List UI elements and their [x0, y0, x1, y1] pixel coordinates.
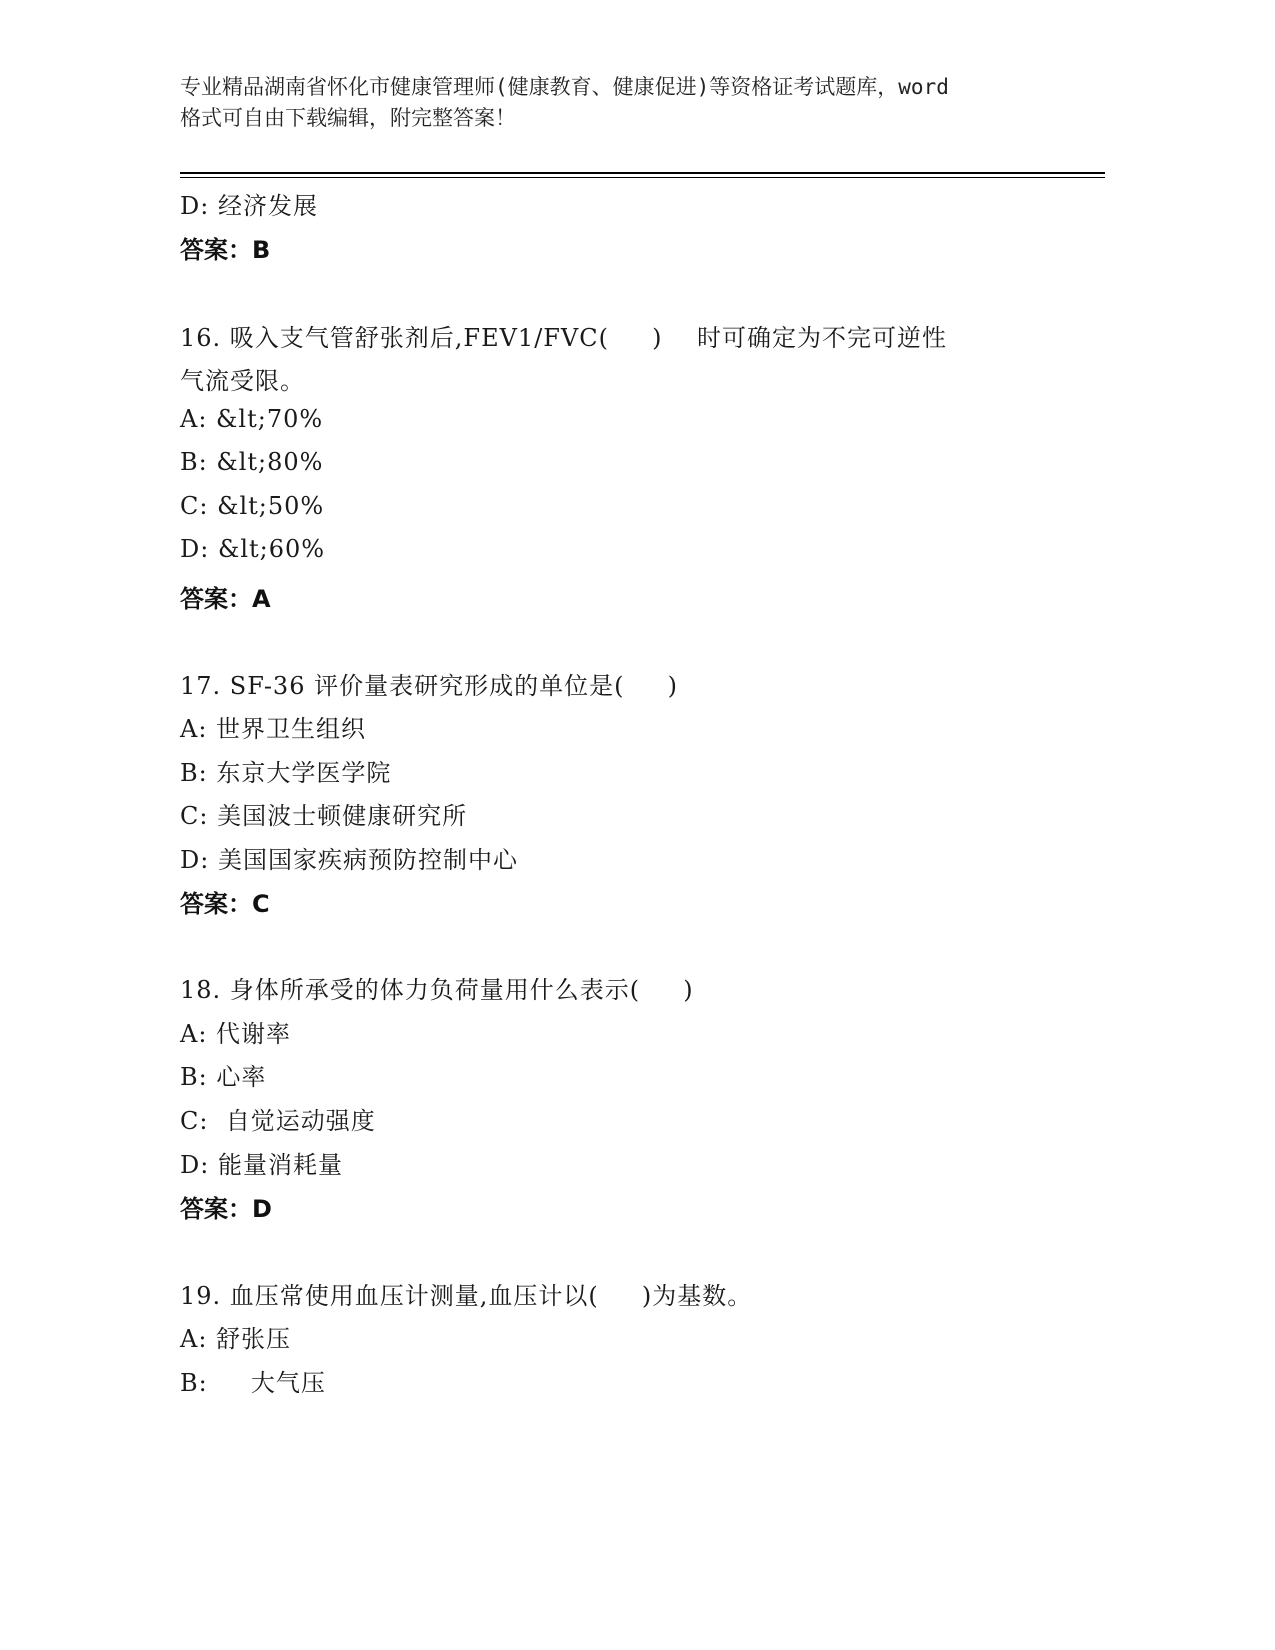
- question-16-option-d: D: &lt;60%: [180, 535, 325, 563]
- question-19-option-b: B: 大气压: [180, 1363, 326, 1398]
- question-16-stem: 16. 吸入支气管舒张剂后,FEV1/FVC( ) 时可确定为不完可逆性: [180, 318, 947, 353]
- header-divider-thick: [180, 172, 1105, 174]
- question-17-option-a: A: 世界卫生组织: [180, 709, 366, 744]
- question-16-answer: 答案：A: [180, 579, 271, 614]
- header-line-1: 专业精品湖南省怀化市健康管理师(健康教育、健康促进)等资格证考试题库，word: [180, 72, 1060, 103]
- header-divider-thin: [180, 177, 1105, 178]
- header-line-2: 格式可自由下载编辑，附完整答案！: [180, 103, 1060, 134]
- document-header: 专业精品湖南省怀化市健康管理师(健康教育、健康促进)等资格证考试题库，word …: [180, 72, 1060, 134]
- question-19-option-a: A: 舒张压: [180, 1319, 291, 1354]
- question-18-stem: 18. 身体所承受的体力负荷量用什么表示( ): [180, 970, 694, 1005]
- prev-answer: 答案：B: [180, 230, 270, 265]
- question-18-option-c: C: 自觉运动强度: [180, 1101, 376, 1136]
- prev-option-d: D: 经济发展: [180, 186, 318, 221]
- question-16-option-a: A: &lt;70%: [180, 405, 323, 433]
- question-16-stem-cont: 气流受限。: [180, 361, 305, 396]
- question-16-option-b: B: &lt;80%: [180, 448, 323, 476]
- question-16-option-c: C: &lt;50%: [180, 492, 324, 520]
- question-17-option-d: D: 美国国家疾病预防控制中心: [180, 840, 518, 875]
- question-18-option-b: B: 心率: [180, 1057, 266, 1092]
- question-18-answer: 答案：D: [180, 1189, 272, 1224]
- question-18-option-a: A: 代谢率: [180, 1014, 291, 1049]
- question-17-option-c: C: 美国波士顿健康研究所: [180, 796, 467, 831]
- question-19-stem: 19. 血压常使用血压计测量,血压计以( )为基数。: [180, 1276, 752, 1311]
- question-17-answer: 答案：C: [180, 884, 270, 919]
- question-17-stem: 17. SF-36 评价量表研究形成的单位是( ): [180, 666, 678, 701]
- question-18-option-d: D: 能量消耗量: [180, 1145, 343, 1180]
- question-17-option-b: B: 东京大学医学院: [180, 753, 391, 788]
